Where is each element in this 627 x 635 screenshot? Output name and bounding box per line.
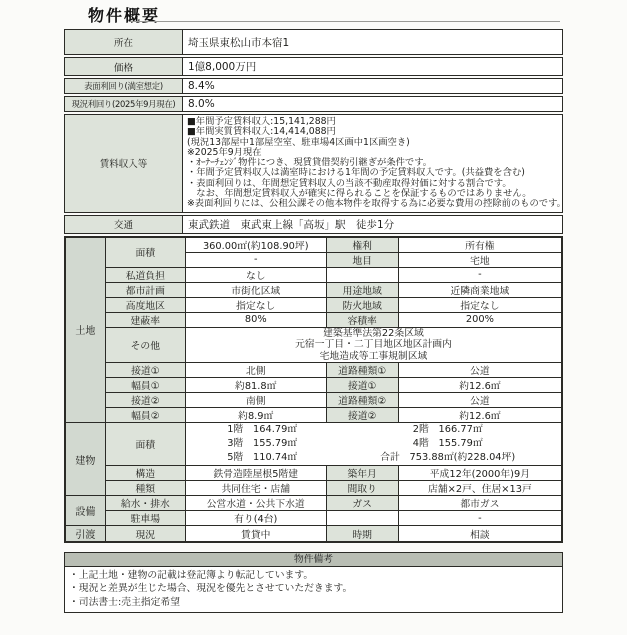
floor-area-ratio-label: 容積率: [326, 312, 398, 327]
land-row-city-planning: 都市計画 市街化区域 用途地域 近隣商業地域: [65, 282, 562, 297]
land-other-value: 建築基準法第22条区域 元宿一丁目・二丁目地区地区計画内 宅地造成等工事規制区域: [185, 327, 562, 363]
remarks-line: ・現況と差異が生じた場合、現況を優先とさせていただきます。: [69, 582, 558, 595]
zoning-value: 近隣商業地域: [398, 282, 562, 297]
rent-note-line: ※表面利回りには、公租公課その他本物件を取得する為に必要な費用の控除前のものです…: [187, 199, 566, 209]
current-yield-value: 8.0%: [183, 97, 562, 111]
current-yield-label: 現況利回り(2025年9月現在): [65, 97, 183, 111]
handover-section-label: 引渡: [65, 526, 105, 543]
equipment-row-parking: 駐車場 有り(4台) -: [65, 511, 562, 526]
rights-label: 権利: [326, 237, 398, 253]
building-area-line: 1階 164.79㎡ 2階 166.77㎡: [188, 423, 559, 437]
transport-value: 東武鉄道 東武東上線「高坂」駅 徒歩1分: [183, 216, 562, 233]
building-row-type: 種類 共同住宅・店舗 間取り 店舗×2戸、住居×13戸: [65, 481, 562, 496]
water-value: 公営水道・公共下水道: [185, 496, 326, 511]
structure-value: 鉄骨造陸屋根5階建: [185, 466, 326, 481]
road2-side-value: 南側: [185, 393, 326, 408]
land-area-label: 面積: [105, 237, 185, 268]
land-area-value-2: -: [185, 252, 326, 267]
coverage-ratio-value: 80%: [185, 312, 326, 327]
land-other-line: 宅地造成等工事規制区域: [188, 351, 559, 363]
remarks-box: 物件備考 ・上記土地・建物の記載は登記簿より転記しています。 ・現況と差異が生じ…: [64, 552, 563, 613]
remarks-line: ・上記土地・建物の記載は登記簿より転記しています。: [69, 569, 558, 582]
row-location: 所在 埼玉県東松山市本宿1: [64, 29, 563, 55]
empty-label-cell: [326, 511, 398, 526]
structure-label: 構造: [105, 466, 185, 481]
floor-area-ratio-value: 200%: [398, 312, 562, 327]
layout-label: 間取り: [326, 481, 398, 496]
row-rent-income: 賃料収入等 ■年間予定賃料収入:15,141,288円 ■年間実質賃料収入:14…: [64, 114, 563, 213]
rights-value: 所有権: [398, 237, 562, 253]
floor-area: 1階 164.79㎡: [188, 423, 336, 437]
location-value: 埼玉県東松山市本宿1: [183, 30, 562, 54]
gross-yield-value: 8.4%: [183, 79, 562, 93]
road2-side-label: 接道②: [105, 393, 185, 408]
zoning-label: 用途地域: [326, 282, 398, 297]
land-row-width1: 幅員① 約81.8㎡ 接道① 約12.6㎡: [65, 378, 562, 393]
frontage2-value: 約12.6㎡: [398, 408, 562, 423]
floor-area: 5階 110.74㎡: [188, 451, 336, 465]
equipment-row-water: 設備 給水・排水 公営水道・公共下水道 ガス 都市ガス: [65, 496, 562, 511]
gas-value: 都市ガス: [398, 496, 562, 511]
land-row-coverage: 建蔽率 80% 容積率 200%: [65, 312, 562, 327]
parking-value: 有り(4台): [185, 511, 326, 526]
remarks-line: ・司法書士:売主指定希望: [69, 596, 558, 609]
remarks-title: 物件備考: [65, 553, 562, 567]
gross-yield-label: 表面利回り(満室想定): [65, 79, 183, 93]
road1-side-label: 接道①: [105, 363, 185, 378]
land-area-value: 360.00㎡(約108.90坪): [185, 237, 326, 253]
land-row-width2: 幅員② 約8.9㎡ 接道② 約12.6㎡: [65, 408, 562, 423]
detail-grid: 土地 面積 360.00㎡(約108.90坪) 権利 所有権 - 地目 宅地 私…: [64, 236, 563, 544]
building-area-line: 3階 155.79㎡ 4階 155.79㎡: [188, 437, 559, 451]
location-label: 所在: [65, 30, 183, 54]
timing-value: 相談: [398, 526, 562, 543]
private-road-value: なし: [185, 267, 326, 282]
frontage1-label: 接道①: [326, 378, 398, 393]
frontage1-value: 約12.6㎡: [398, 378, 562, 393]
land-category-value: 宅地: [398, 252, 562, 267]
floor-area: 4階 155.79㎡: [336, 437, 559, 451]
current-status-value: 賃貸中: [185, 526, 326, 543]
building-type-label: 種類: [105, 481, 185, 496]
road2-type-label: 道路種類②: [326, 393, 398, 408]
city-planning-value: 市街化区域: [185, 282, 326, 297]
handover-row: 引渡 現況 賃貸中 時期 相談: [65, 526, 562, 543]
road1-type-value: 公道: [398, 363, 562, 378]
remarks-body: ・上記土地・建物の記載は登記簿より転記しています。 ・現況と差異が生じた場合、現…: [65, 567, 562, 612]
land-other-line: 元宿一丁目・二丁目地区地区計画内: [188, 339, 559, 351]
title-underline: [130, 21, 560, 22]
land-category-label: 地目: [326, 252, 398, 267]
width2-value: 約8.9㎡: [185, 408, 326, 423]
floor-area: 3階 155.79㎡: [188, 437, 336, 451]
built-date-label: 築年月: [326, 466, 398, 481]
private-road-label: 私道負担: [105, 267, 185, 282]
city-planning-label: 都市計画: [105, 282, 185, 297]
property-table: 所在 埼玉県東松山市本宿1 価格 1億8,000万円 表面利回り(満室想定) 8…: [64, 29, 563, 613]
land-other-line: 建築基準法第22条区域: [188, 328, 559, 340]
equipment-section-label: 設備: [65, 496, 105, 526]
layout-value: 店舗×2戸、住居×13戸: [398, 481, 562, 496]
building-area-line: 5階 110.74㎡ 合計 753.88㎡(約228.04坪): [188, 451, 559, 465]
width1-value: 約81.8㎡: [185, 378, 326, 393]
transport-label: 交通: [65, 216, 183, 233]
property-summary-document: 物件概要 所在 埼玉県東松山市本宿1 価格 1億8,000万円 表面利回り(満室…: [0, 0, 627, 635]
building-area-label: 面積: [105, 423, 185, 466]
road2-type-value: 公道: [398, 393, 562, 408]
road1-type-label: 道路種類①: [326, 363, 398, 378]
built-date-value: 平成12年(2000年)9月: [398, 466, 562, 481]
rent-income-label: 賃料収入等: [65, 115, 183, 212]
building-row-area: 建物 面積 1階 164.79㎡ 2階 166.77㎡ 3階 155.79㎡ 4…: [65, 423, 562, 466]
building-area-values: 1階 164.79㎡ 2階 166.77㎡ 3階 155.79㎡ 4階 155.…: [185, 423, 562, 466]
parking-value-2: -: [398, 511, 562, 526]
width2-label: 幅員②: [105, 408, 185, 423]
land-row-road1: 接道① 北側 道路種類① 公道: [65, 363, 562, 378]
fire-zone-value: 指定なし: [398, 297, 562, 312]
fire-zone-label: 防火地域: [326, 297, 398, 312]
row-price: 価格 1億8,000万円: [64, 57, 563, 76]
empty-label-cell: [326, 267, 398, 282]
land-row-private-road: 私道負担 なし -: [65, 267, 562, 282]
road1-side-value: 北側: [185, 363, 326, 378]
coverage-ratio-label: 建蔽率: [105, 312, 185, 327]
timing-label: 時期: [326, 526, 398, 543]
width1-label: 幅員①: [105, 378, 185, 393]
height-district-label: 高度地区: [105, 297, 185, 312]
price-label: 価格: [65, 58, 183, 75]
row-current-yield: 現況利回り(2025年9月現在) 8.0%: [64, 96, 563, 112]
height-district-value: 指定なし: [185, 297, 326, 312]
land-section-label: 土地: [65, 237, 105, 423]
land-row-height-district: 高度地区 指定なし 防火地域 指定なし: [65, 297, 562, 312]
current-status-label: 現況: [105, 526, 185, 543]
water-label: 給水・排水: [105, 496, 185, 511]
land-row-other: その他 建築基準法第22条区域 元宿一丁目・二丁目地区地区計画内 宅地造成等工事…: [65, 327, 562, 363]
building-type-value: 共同住宅・店舗: [185, 481, 326, 496]
private-road-value-2: -: [398, 267, 562, 282]
land-row-road2: 接道② 南側 道路種類② 公道: [65, 393, 562, 408]
row-gross-yield: 表面利回り(満室想定) 8.4%: [64, 78, 563, 94]
parking-label: 駐車場: [105, 511, 185, 526]
rent-income-notes: ■年間予定賃料収入:15,141,288円 ■年間実質賃料収入:14,414,0…: [183, 115, 570, 212]
land-row-area-1: 土地 面積 360.00㎡(約108.90坪) 権利 所有権: [65, 237, 562, 253]
price-value: 1億8,000万円: [183, 58, 562, 75]
land-other-label: その他: [105, 327, 185, 363]
building-section-label: 建物: [65, 423, 105, 496]
gas-label: ガス: [326, 496, 398, 511]
floor-area: 2階 166.77㎡: [336, 423, 559, 437]
page-title: 物件概要: [88, 3, 160, 26]
floor-area-total: 合計 753.88㎡(約228.04坪): [336, 451, 559, 465]
frontage2-label: 接道②: [326, 408, 398, 423]
row-transport: 交通 東武鉄道 東武東上線「高坂」駅 徒歩1分: [64, 215, 563, 234]
building-row-structure: 構造 鉄骨造陸屋根5階建 築年月 平成12年(2000年)9月: [65, 466, 562, 481]
